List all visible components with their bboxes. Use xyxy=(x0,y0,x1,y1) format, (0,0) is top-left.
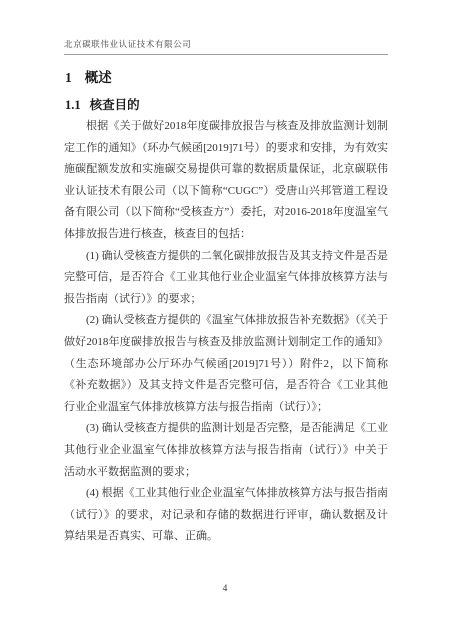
header-company-name: 北京碳联伟业认证技术有限公司 xyxy=(64,39,191,49)
body-text: 根据《关于做好2018年度碳排放报告与核查及排放监测计划制定工作的通知》（环办气… xyxy=(64,116,388,548)
section-number: 1 xyxy=(65,70,72,85)
body-paragraph-item-4: (4) 根据《工业其他行业企业温室气体排放核算方法与报告指南（试行）》的要求，对… xyxy=(64,483,388,548)
body-paragraph-item-1: (1) 确认受核查方提供的二氧化碳排放报告及其支持文件是否是完整可信，是否符合《… xyxy=(64,246,388,311)
page-footer: 4 xyxy=(0,584,450,594)
subsection-heading: 1.1核查目的 xyxy=(65,99,388,112)
document-page: 北京碳联伟业认证技术有限公司 1概述 1.1核查目的 根据《关于做好2018年度… xyxy=(0,0,450,636)
page-number: 4 xyxy=(223,584,228,594)
body-paragraph-intro: 根据《关于做好2018年度碳排放报告与核查及排放监测计划制定工作的通知》（环办气… xyxy=(64,116,388,246)
running-header: 北京碳联伟业认证技术有限公司 xyxy=(64,38,388,55)
body-paragraph-item-3: (3) 确认受核查方提供的监测计划是否完整，是否能满足《工业其他行业企业温室气体… xyxy=(64,418,388,483)
section-title: 概述 xyxy=(85,70,112,85)
section-heading: 1概述 xyxy=(65,71,388,85)
page-content: 北京碳联伟业认证技术有限公司 1概述 1.1核查目的 根据《关于做好2018年度… xyxy=(64,38,388,548)
subsection-number: 1.1 xyxy=(65,98,81,112)
subsection-title: 核查目的 xyxy=(90,98,140,112)
body-paragraph-item-2: (2) 确认受核查方提供的《温室气体排放报告补充数据》（《关于做好2018年度碳… xyxy=(64,310,388,418)
